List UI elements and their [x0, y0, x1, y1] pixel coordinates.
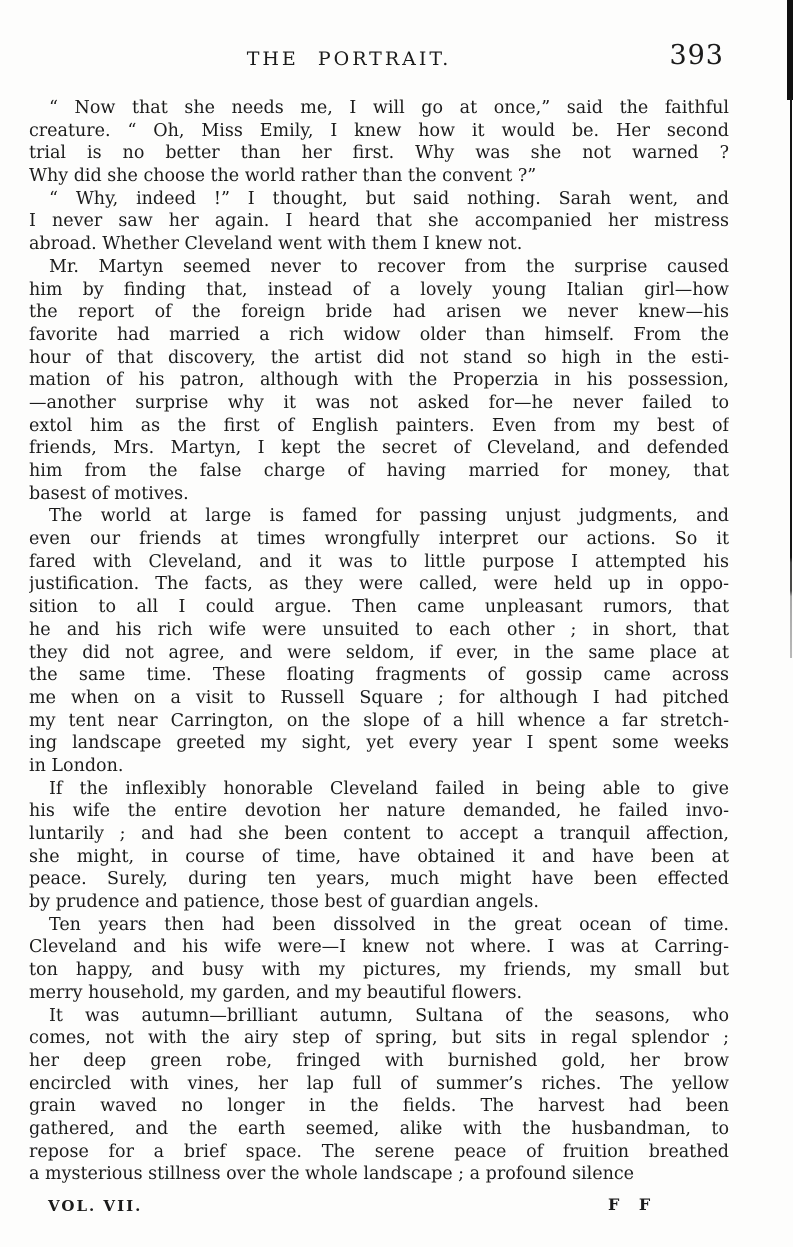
text-line: abroad. Whether Cleveland went with them…: [29, 233, 729, 256]
scan-artifact-edge-line: [790, 98, 792, 658]
text-line: they did not agree, and were seldom, if …: [29, 642, 729, 665]
text-line: encircled with vines, her lap full of su…: [29, 1073, 729, 1096]
text-line: grain waved no longer in the fields. The…: [29, 1095, 729, 1118]
text-line: ton happy, and busy with my pictures, my…: [29, 959, 729, 982]
paragraph: If the inflexibly honorable Cleveland fa…: [29, 778, 729, 914]
text-line: mation of his patron, although with the …: [29, 369, 729, 392]
text-line: him from the false charge of having marr…: [29, 460, 729, 483]
text-line: ing landscape greeted my sight, yet ever…: [29, 732, 729, 755]
text-line: It was autumn—brilliant autumn, Sultana …: [29, 1005, 729, 1028]
book-page: THE PORTRAIT. 393 “ Now that she needs m…: [0, 0, 793, 1247]
text-line: favorite had married a rich widow older …: [29, 324, 729, 347]
text-line: he and his rich wife were unsuited to ea…: [29, 619, 729, 642]
text-line: creature. “ Oh, Miss Emily, I knew how i…: [29, 120, 729, 143]
text-line: “ Why, indeed !” I thought, but said not…: [29, 188, 729, 211]
volume-label: VOL. VII.: [48, 1197, 142, 1215]
text-line: justification. The facts, as they were c…: [29, 573, 729, 596]
text-line: If the inflexibly honorable Cleveland fa…: [29, 778, 729, 801]
text-line: my tent near Carrington, on the slope of…: [29, 710, 729, 733]
text-line: his wife the entire devotion her nature …: [29, 800, 729, 823]
paragraph: It was autumn—brilliant autumn, Sultana …: [29, 1005, 729, 1187]
text-line: Why did she choose the world rather than…: [29, 165, 729, 188]
text-line: she might, in course of time, have obtai…: [29, 846, 729, 869]
text-line: —another surprise why it was not asked f…: [29, 392, 729, 415]
text-line: extol him as the first of English painte…: [29, 415, 729, 438]
page-number: 393: [669, 40, 724, 71]
text-line: Ten years then had been dissolved in the…: [29, 914, 729, 937]
paragraph: “ Now that she needs me, I will go at on…: [29, 97, 729, 188]
text-line: I never saw her again. I heard that she …: [29, 210, 729, 233]
text-line: fared with Cleveland, and it was to litt…: [29, 551, 729, 574]
paragraph: “ Why, indeed !” I thought, but said not…: [29, 188, 729, 256]
text-line: even our friends at times wrongfully int…: [29, 528, 729, 551]
printers-signature-mark: F F: [608, 1195, 657, 1214]
text-line: The world at large is famed for passing …: [29, 505, 729, 528]
text-line: Mr. Martyn seemed never to recover from …: [29, 256, 729, 279]
text-line: merry household, my garden, and my beaut…: [29, 982, 729, 1005]
text-line: her deep green robe, fringed with burnis…: [29, 1050, 729, 1073]
text-line: peace. Surely, during ten years, much mi…: [29, 868, 729, 891]
text-line: a mysterious stillness over the whole la…: [29, 1163, 729, 1186]
page-footer: VOL. VII. F F: [29, 1194, 729, 1220]
page-title: THE PORTRAIT.: [29, 48, 669, 70]
text-line: luntarily ; and had she been content to …: [29, 823, 729, 846]
text-line: repose for a brief space. The serene pea…: [29, 1141, 729, 1164]
running-head: THE PORTRAIT. 393: [29, 40, 729, 74]
text-line: trial is no better than her first. Why w…: [29, 142, 729, 165]
text-line: sition to all I could argue. Then came u…: [29, 596, 729, 619]
text-line: by prudence and patience, those best of …: [29, 891, 729, 914]
text-line: the report of the foreign bride had aris…: [29, 301, 729, 324]
paragraph: Ten years then had been dissolved in the…: [29, 914, 729, 1005]
text-line: basest of motives.: [29, 483, 729, 506]
text-line: friends, Mrs. Martyn, I kept the secret …: [29, 437, 729, 460]
text-line: “ Now that she needs me, I will go at on…: [29, 97, 729, 120]
text-line: him by finding that, instead of a lovely…: [29, 279, 729, 302]
text-line: me when on a visit to Russell Square ; f…: [29, 687, 729, 710]
text-line: hour of that discovery, the artist did n…: [29, 347, 729, 370]
scan-artifact-corner-bar: [787, 0, 793, 100]
text-line: Cleveland and his wife were—I knew not w…: [29, 936, 729, 959]
paragraph: The world at large is famed for passing …: [29, 505, 729, 777]
text-line: in London.: [29, 755, 729, 778]
text-line: gathered, and the earth seemed, alike wi…: [29, 1118, 729, 1141]
text-line: comes, not with the airy step of spring,…: [29, 1027, 729, 1050]
body-paragraphs: “ Now that she needs me, I will go at on…: [29, 97, 729, 1186]
paragraph: Mr. Martyn seemed never to recover from …: [29, 256, 729, 506]
text-line: the same time. These floating fragments …: [29, 664, 729, 687]
